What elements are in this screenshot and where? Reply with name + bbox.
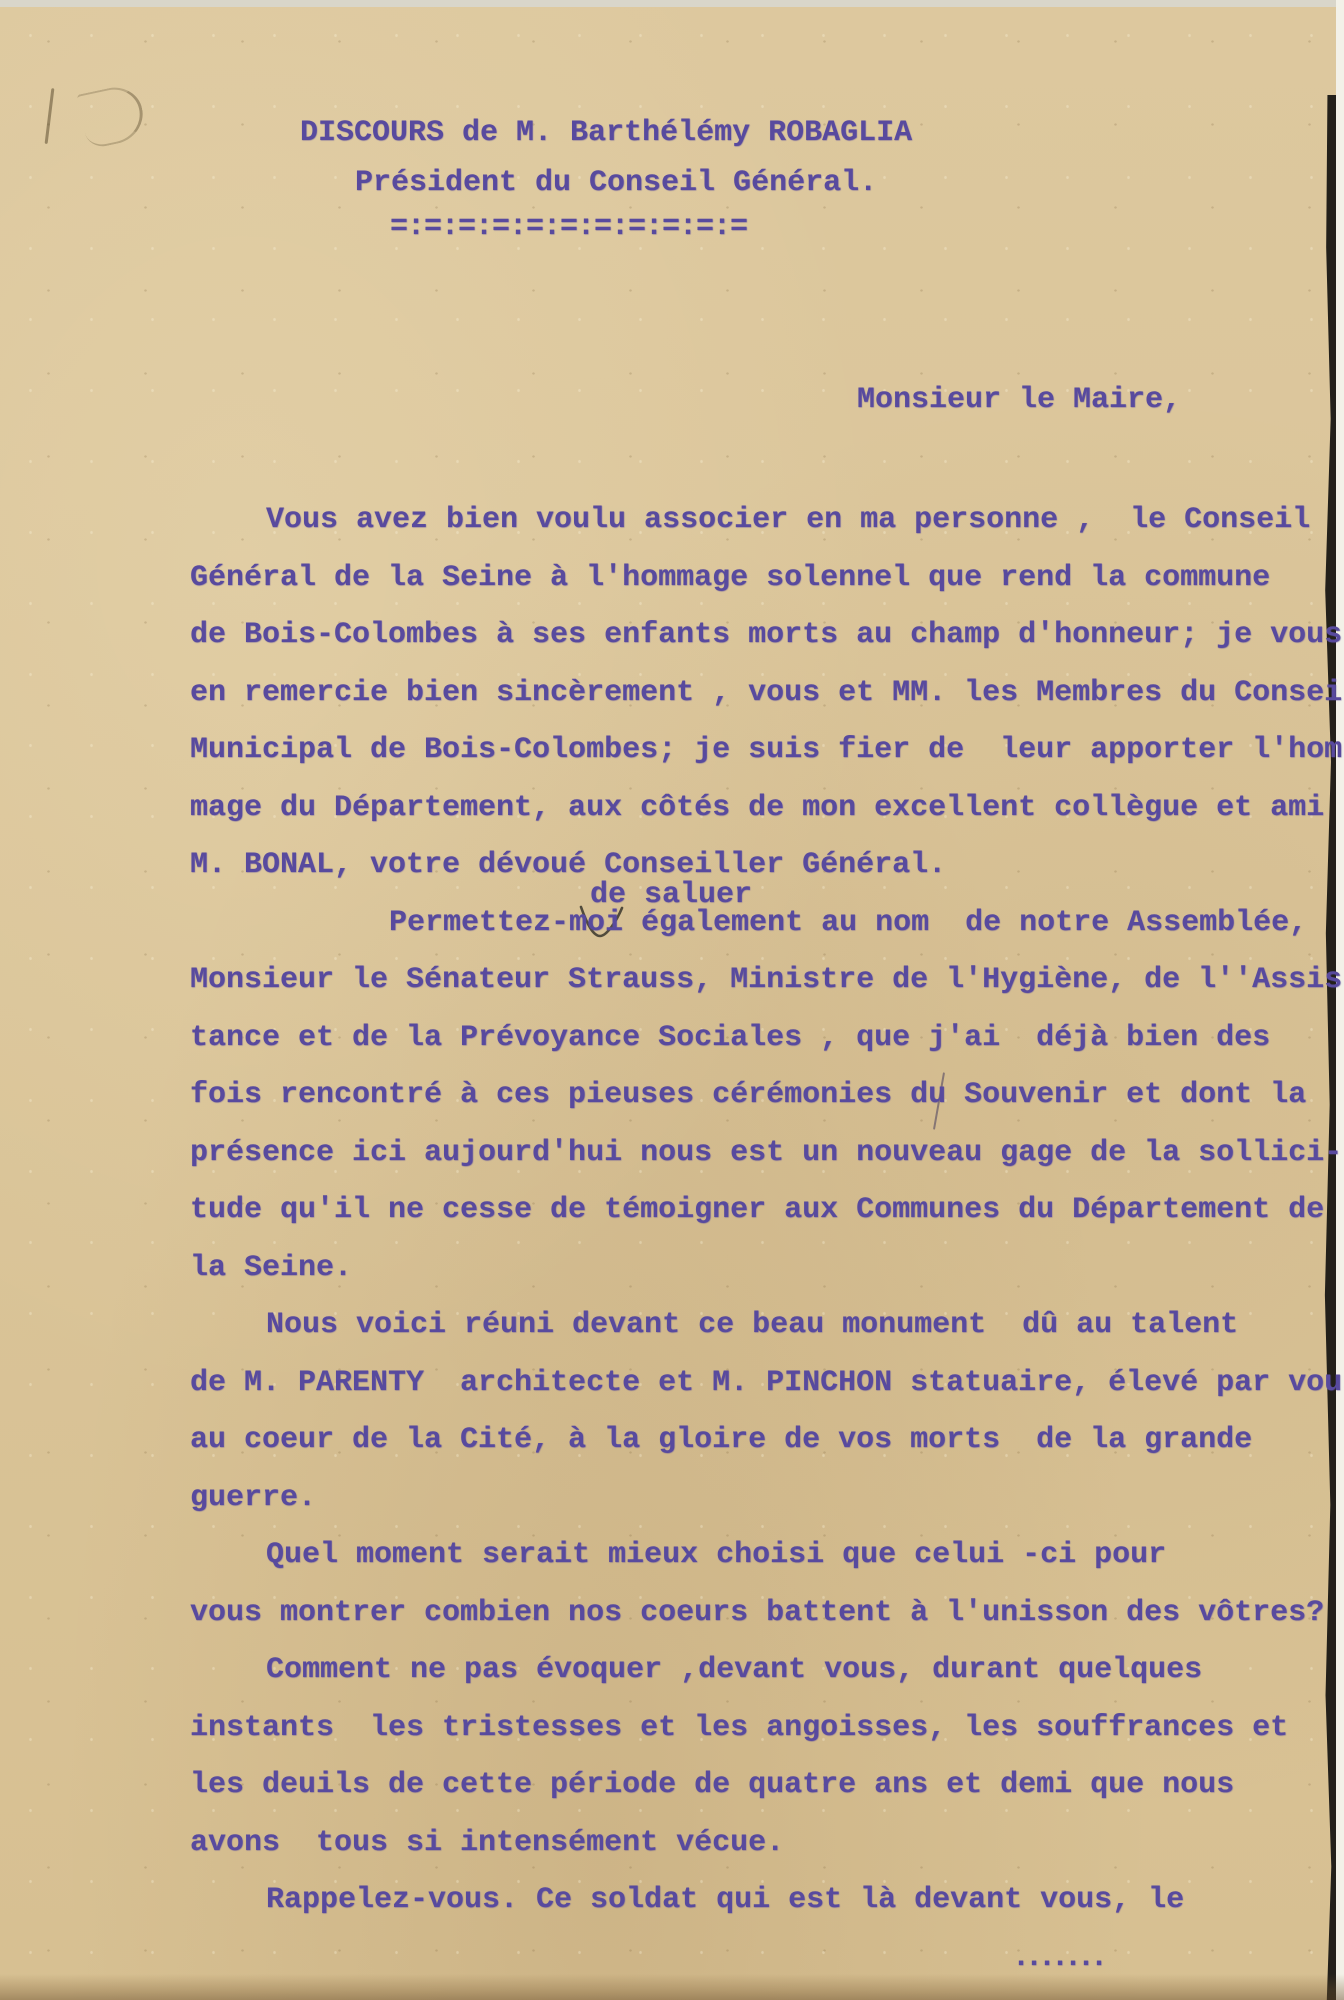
text-line: Vous avez bien voulu associer en ma pers… [190, 505, 1344, 563]
text-line: mage du Département, aux côtés de mon ex… [190, 793, 1344, 851]
text-line: tance et de la Prévoyance Sociales , que… [190, 1023, 1344, 1081]
text-line: Monsieur le Sénateur Strauss, Ministre d… [190, 965, 1344, 1023]
text-line: présence ici aujourd'hui nous est un nou… [190, 1138, 1344, 1196]
text-line: Comment ne pas évoquer ,devant vous, dur… [190, 1655, 1344, 1713]
typed-divider-rule: =:=:=:=:=:=:=:=:=:=:= [390, 212, 1344, 385]
text-line: vous montrer combien nos coeurs battent … [190, 1598, 1344, 1656]
ellipsis-line: ....... [1012, 1943, 1344, 2000]
text-line: de M. PARENTY architecte et M. PINCHON s… [190, 1368, 1344, 1426]
text-line: Municipal de Bois-Colombes; je suis fier… [190, 735, 1344, 793]
text-line: les deuils de cette période de quatre an… [190, 1770, 1344, 1828]
salutation: Monsieur le Maire, [857, 385, 1344, 505]
text-line: en remercie bien sincèrement , vous et M… [190, 678, 1344, 736]
document-body: Vous avez bien voulu associer en ma pers… [190, 505, 1344, 2000]
typewritten-document: DISCOURS de M. Barthélémy ROBAGLIA Prési… [0, 0, 1344, 2000]
text-line: guerre. [190, 1483, 1344, 1541]
text-line: fois rencontré à ces pieuses cérémonies … [190, 1080, 1344, 1138]
text-line: de Bois-Colombes à ses enfants morts au … [190, 620, 1344, 678]
text-line: Rappelez-vous. Ce soldat qui est là deva… [190, 1885, 1344, 1943]
scanned-typescript-page: DISCOURS de M. Barthélémy ROBAGLIA Prési… [0, 0, 1344, 2000]
text-line: la Seine. [190, 1253, 1344, 1311]
document-subtitle: Président du Conseil Général. [355, 168, 1344, 212]
text-line: Permettez-moi également au nom de notre … [190, 908, 1344, 966]
text-line: avons tous si intensément vécue. [190, 1828, 1344, 1886]
text-line: M. BONAL, votre dévoué Conseiller Généra… [190, 850, 1344, 908]
text-line: tude qu'il ne cesse de témoigner aux Com… [190, 1195, 1344, 1253]
text-line: Quel moment serait mieux choisi que celu… [190, 1540, 1344, 1598]
text-line: instants les tristesses et les angoisses… [190, 1713, 1344, 1771]
text-line: Général de la Seine à l'hommage solennel… [190, 563, 1344, 621]
text-line: au coeur de la Cité, à la gloire de vos … [190, 1425, 1344, 1483]
text-line: Nous voici réuni devant ce beau monument… [190, 1310, 1344, 1368]
document-title: DISCOURS de M. Barthélémy ROBAGLIA [300, 118, 1344, 168]
